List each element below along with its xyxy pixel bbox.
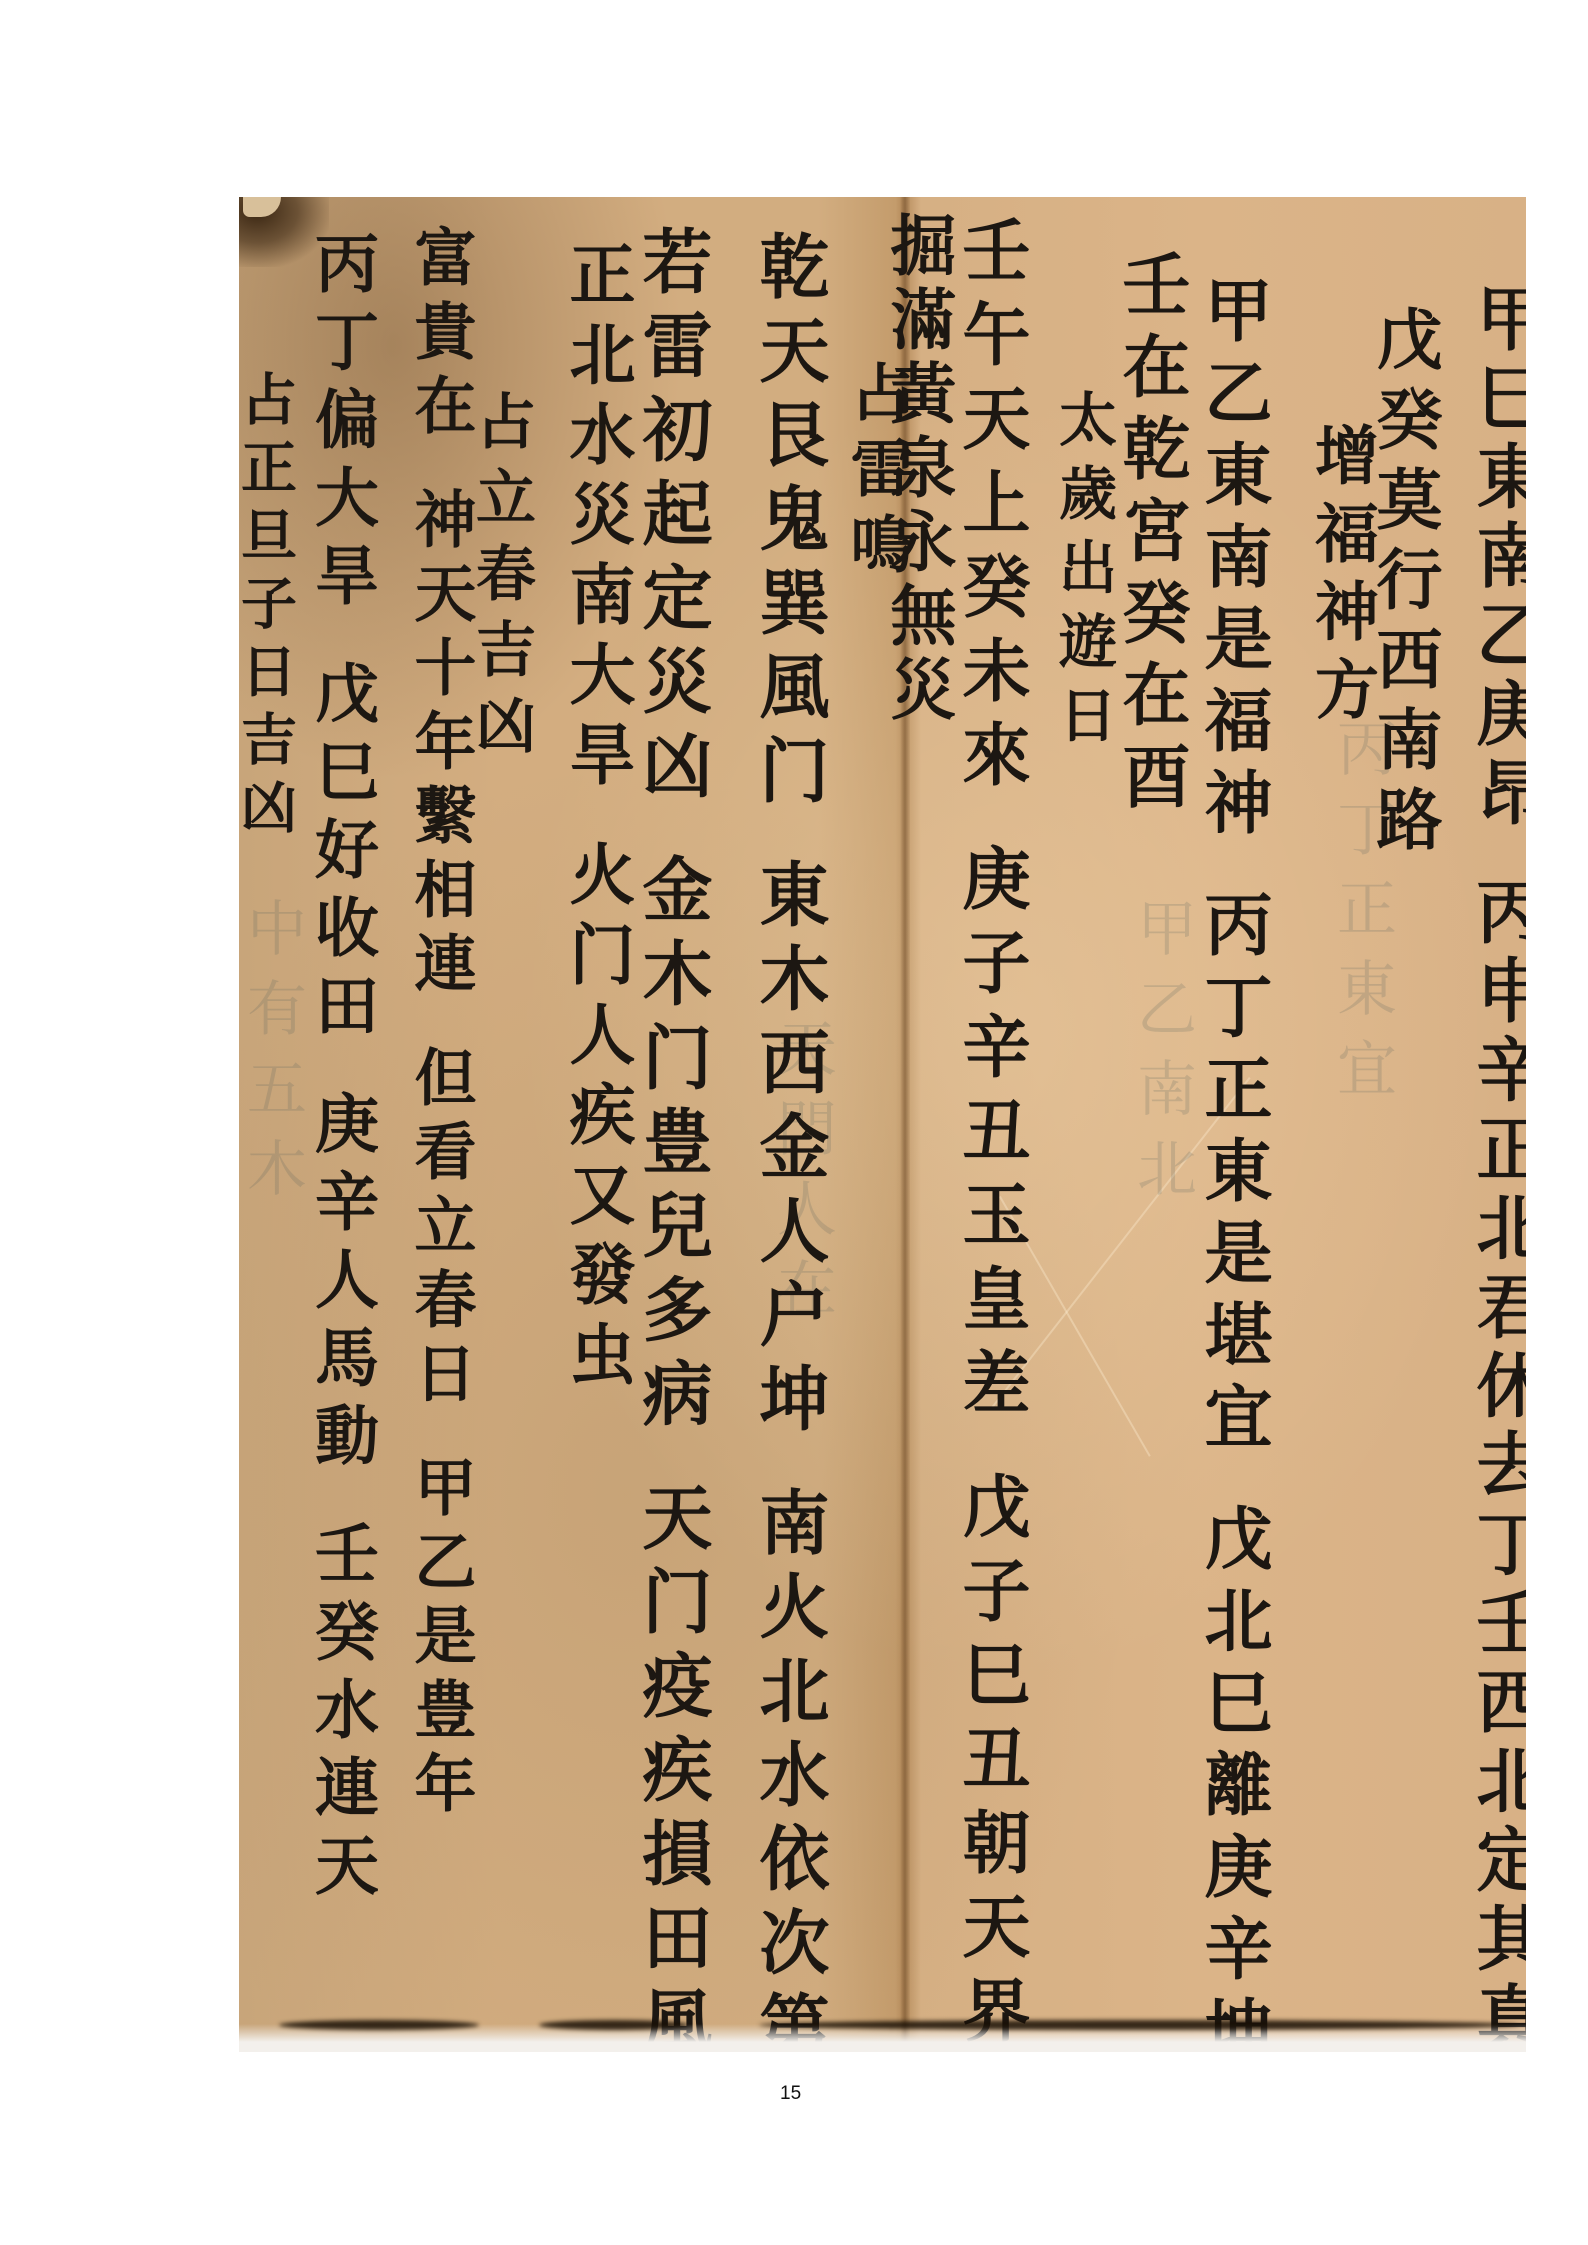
left-col-2: 乾天艮鬼巽風门東木西金人户坤南火北水依次第 (754, 230, 824, 2052)
right-col-1: 甲巳東南乙庚昂丙申辛正北君休去丁壬西北定其真 (1471, 282, 1526, 2052)
right-col-3-heading: 增福神方 (1309, 422, 1373, 734)
left-col-1-heading: 占雷鳴 (845, 360, 907, 588)
right-col-7: 壬午天上癸未來庚子辛丑玉皇差戊子巳丑朝天界 (957, 215, 1025, 2052)
page-edge-shadow (279, 2020, 479, 2030)
right-col-2: 戊癸莫行西南路 (1371, 305, 1437, 865)
left-col-3: 若雷初起定災凶金木门豊兒多病天门疫疾損田風 (637, 225, 707, 2052)
right-col-4: 甲乙東南是福神丙丁正東是堪宜戊北巳離庚辛坤 (1199, 275, 1267, 2052)
page-edge-shadow (759, 2020, 1519, 2030)
page-number: 15 (780, 2083, 801, 2105)
page-bottom-edge (239, 2012, 1526, 2052)
manuscript-scan: 丙丁正東宜 甲乙南北 天門人在 中有五木 甲巳東南乙庚昂丙申辛正北君休去丁壬西北… (239, 197, 1526, 2052)
left-col-7: 丙丁偏大旱戊巳好收田庚辛人馬動壬癸水連天 (309, 230, 373, 1910)
right-col-5: 壬在乾宮癸在酉 (1117, 249, 1185, 823)
right-col-6-heading: 太歲出遊日 (1054, 389, 1112, 759)
page-edge-shadow (539, 2020, 689, 2030)
left-col-6: 富貴在神天十年繫相連但看立春日甲乙是豊年 (409, 225, 471, 1825)
left-col-5-heading: 占立春吉凶 (471, 390, 531, 770)
left-col-8-heading: 占正旦子日吉凶 (239, 370, 293, 846)
left-col-4: 正北水災南大旱火门人疾又發虫 (564, 240, 630, 1400)
